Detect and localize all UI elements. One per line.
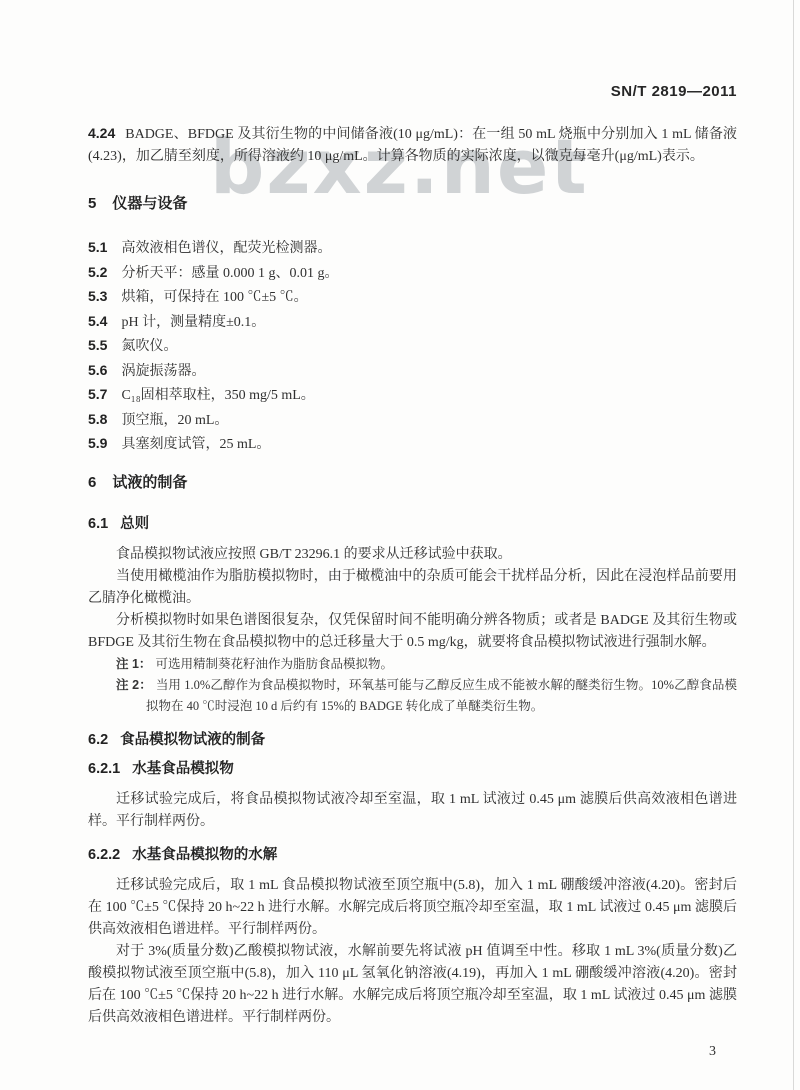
clause-number: 5.5 bbox=[88, 337, 107, 353]
page-number: 3 bbox=[709, 1044, 716, 1060]
clause-text: 分析天平：感量 0.000 1 g、0.01 g。 bbox=[121, 266, 338, 281]
clause-text: pH 计，测量精度±0.1。 bbox=[121, 315, 265, 330]
clause-text: 氮吹仪。 bbox=[121, 339, 177, 354]
list-item: 5.8顶空瓶，20 mL。 bbox=[88, 408, 737, 433]
section-6-2-1-heading: 6.2.1水基食品模拟物 bbox=[88, 759, 737, 779]
paragraph: 分析模拟物时如果色谱图很复杂，仅凭保留时间不能明确分辨各物质；或者是 BADGE… bbox=[88, 610, 737, 654]
section-5-heading: 5仪器与设备 bbox=[88, 194, 737, 214]
clause-number: 5.6 bbox=[88, 362, 107, 378]
paragraph: 对于 3%(质量分数)乙酸模拟物试液，水解前要先将试液 pH 值调至中性。移取 … bbox=[88, 941, 737, 1029]
section-6-1-number: 6.1 bbox=[88, 516, 108, 532]
standard-number-header: SN/T 2819—2011 bbox=[88, 83, 737, 100]
list-item: 5.5氮吹仪。 bbox=[88, 334, 737, 359]
paragraph: 迁移试验完成后，将食品模拟物试液冷却至室温，取 1 mL 试液过 0.45 μm… bbox=[88, 789, 737, 833]
clause-number: 5.8 bbox=[88, 411, 107, 427]
section-6-2-heading: 6.2食品模拟物试液的制备 bbox=[88, 730, 737, 750]
list-item: 5.4pH 计，测量精度±0.1。 bbox=[88, 310, 737, 335]
section-5-title: 仪器与设备 bbox=[112, 195, 187, 212]
list-item: 5.2分析天平：感量 0.000 1 g、0.01 g。 bbox=[88, 261, 737, 286]
list-item: 5.3烘箱，可保持在 100 ℃±5 ℃。 bbox=[88, 285, 737, 310]
apparatus-list: 5.1高效液相色谱仪，配荧光检测器。 5.2分析天平：感量 0.000 1 g、… bbox=[88, 236, 737, 457]
section-6-heading: 6试液的制备 bbox=[88, 473, 737, 493]
clause-4-24: 4.24BADGE、BFDGE 及其衍生物的中间储备液(10 μg/mL)：在一… bbox=[88, 122, 737, 168]
paragraph: 迁移试验完成后，取 1 mL 食品模拟物试液至顶空瓶中(5.8)，加入 1 mL… bbox=[88, 875, 737, 941]
section-6-2-1-number: 6.2.1 bbox=[88, 761, 120, 777]
note-1-text: 可选用精制葵花籽油作为脂肪食品模拟物。 bbox=[155, 657, 393, 671]
section-6-2-2-heading: 6.2.2水基食品模拟物的水解 bbox=[88, 845, 737, 865]
clause-text: 高效液相色谱仪，配荧光检测器。 bbox=[121, 241, 331, 256]
clause-text: 烘箱，可保持在 100 ℃±5 ℃。 bbox=[121, 290, 307, 305]
section-6-2-1-title: 水基食品模拟物 bbox=[132, 761, 234, 777]
clause-number: 5.1 bbox=[88, 239, 107, 255]
section-6-title: 试液的制备 bbox=[112, 474, 187, 491]
section-5-number: 5 bbox=[88, 195, 96, 212]
clause-number: 5.9 bbox=[88, 435, 107, 451]
section-6-2-number: 6.2 bbox=[88, 732, 108, 748]
document-page: bzxz.net SN/T 2819—2011 4.24BADGE、BFDGE … bbox=[0, 0, 800, 1090]
section-6-2-2-number: 6.2.2 bbox=[88, 847, 120, 863]
note-2-text: 当用 1.0%乙醇作为食品模拟物时，环氧基可能与乙醇反应生成不能被水解的醚类衍生… bbox=[146, 678, 737, 713]
list-item: 5.7C₁₈固相萃取柱，350 mg/5 mL。 bbox=[88, 383, 737, 408]
section-6-2-2-title: 水基食品模拟物的水解 bbox=[132, 847, 277, 863]
section-6-1-heading: 6.1总则 bbox=[88, 514, 737, 534]
clause-number: 5.7 bbox=[88, 386, 107, 402]
note-1: 注 1：可选用精制葵花籽油作为脂肪食品模拟物。 bbox=[116, 654, 737, 675]
clause-number: 5.4 bbox=[88, 313, 107, 329]
clause-number: 5.3 bbox=[88, 288, 107, 304]
paragraph: 当使用橄榄油作为脂肪模拟物时，由于橄榄油中的杂质可能会干扰样品分析，因此在浸泡样… bbox=[88, 566, 737, 610]
clause-text: 顶空瓶，20 mL。 bbox=[121, 413, 228, 428]
note-1-label: 注 1： bbox=[116, 657, 151, 671]
clause-text: 具塞刻度试管，25 mL。 bbox=[121, 437, 270, 452]
list-item: 5.9具塞刻度试管，25 mL。 bbox=[88, 432, 737, 457]
section-6-number: 6 bbox=[88, 474, 96, 491]
clause-text: 涡旋振荡器。 bbox=[121, 364, 205, 379]
list-item: 5.6涡旋振荡器。 bbox=[88, 359, 737, 384]
section-6-2-title: 食品模拟物试液的制备 bbox=[120, 732, 265, 748]
clause-4-24-number: 4.24 bbox=[88, 125, 115, 141]
section-6-1-title: 总则 bbox=[120, 516, 149, 532]
clause-4-24-text: BADGE、BFDGE 及其衍生物的中间储备液(10 μg/mL)：在一组 50… bbox=[88, 127, 737, 164]
clause-number: 5.2 bbox=[88, 264, 107, 280]
note-2-label: 注 2： bbox=[116, 678, 152, 692]
clause-text: C₁₈固相萃取柱，350 mg/5 mL。 bbox=[121, 388, 314, 403]
page-content: SN/T 2819—2011 4.24BADGE、BFDGE 及其衍生物的中间储… bbox=[0, 0, 800, 1029]
note-2: 注 2：当用 1.0%乙醇作为食品模拟物时，环氧基可能与乙醇反应生成不能被水解的… bbox=[116, 675, 737, 717]
paragraph: 食品模拟物试液应按照 GB/T 23296.1 的要求从迁移试验中获取。 bbox=[88, 544, 737, 566]
list-item: 5.1高效液相色谱仪，配荧光检测器。 bbox=[88, 236, 737, 261]
